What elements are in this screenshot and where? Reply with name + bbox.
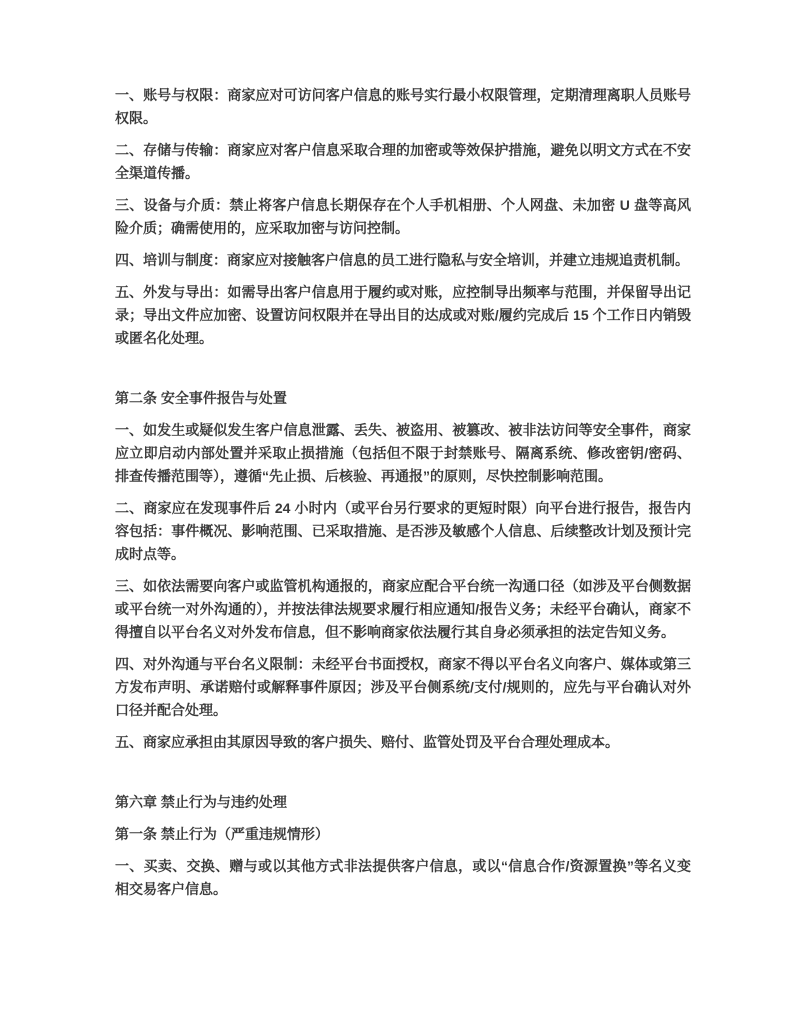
heading-chapter-6-prohibited-acts: 第六章 禁止行为与违约处理 (115, 791, 691, 814)
item-4-platform-name-usage-limits: 四、对外沟通与平台名义限制：未经平台书面授权，商家不得以平台名义向客户、媒体或第… (115, 653, 691, 722)
item-1-no-selling-customer-information: 一、买卖、交换、赠与或以其他方式非法提供客户信息，或以“信息合作/资源置换”等名… (115, 855, 691, 901)
clause-4-training-and-policy: 四、培训与制度：商家应对接触客户信息的员工进行隐私与安全培训，并建立违规追责机制… (115, 249, 691, 272)
heading-article-2-security-incident-reporting: 第二条 安全事件报告与处置 (115, 387, 691, 410)
clause-3-devices-and-media: 三、设备与介质：禁止将客户信息长期保存在个人手机相册、个人网盘、未加密 U 盘等… (115, 194, 691, 240)
document-page: 一、账号与权限：商家应对可访问客户信息的账号实行最小权限管理，定期清理离职人员账… (0, 0, 791, 1024)
page-background: { "page": { "background_color": "#ffffff… (0, 0, 791, 1024)
clause-1-account-and-permissions: 一、账号与权限：商家应对可访问客户信息的账号实行最小权限管理，定期清理离职人员账… (115, 84, 691, 130)
item-3-external-notification-coordination: 三、如依法需要向客户或监管机构通报的，商家应配合平台统一沟通口径（如涉及平台侧数… (115, 575, 691, 644)
item-1-incident-response-and-containment: 一、如发生或疑似发生客户信息泄露、丢失、被盗用、被篡改、被非法访问等安全事件，商… (115, 419, 691, 488)
item-2-report-within-24-hours: 二、商家应在发现事件后 24 小时内（或平台另行要求的更短时限）向平台进行报告，… (115, 497, 691, 566)
clause-5-export-and-outbound: 五、外发与导出：如需导出客户信息用于履约或对账，应控制导出频率与范围，并保留导出… (115, 281, 691, 350)
item-5-merchant-liability-for-costs: 五、商家应承担由其原因导致的客户损失、赔付、监管处罚及平台合理处理成本。 (115, 731, 691, 754)
heading-article-1-prohibited-acts: 第一条 禁止行为（严重违规情形） (115, 823, 691, 846)
clause-2-storage-and-transmission: 二、存储与传输：商家应对客户信息采取合理的加密或等效保护措施，避免以明文方式在不… (115, 139, 691, 185)
